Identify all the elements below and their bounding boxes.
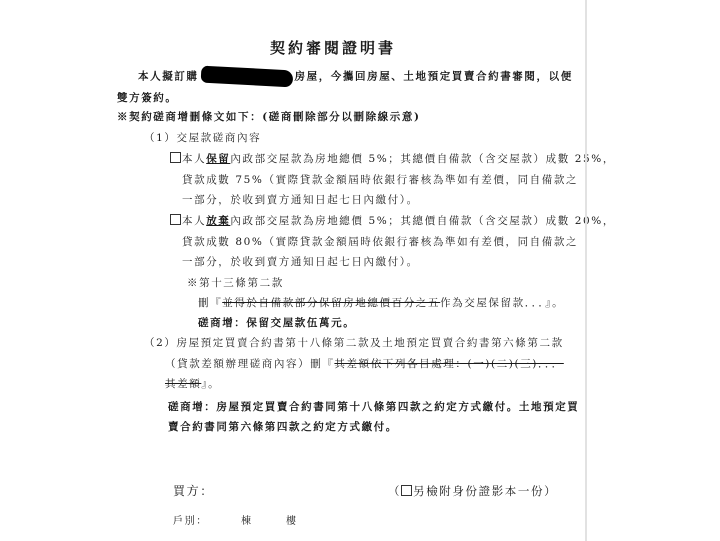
negotiated-addition-2-line-1: 磋商增：房屋預定買賣合約書同第十八條第四款之約定方式繳付。土地預定買: [168, 400, 579, 414]
section-2-line-2: （貸款差額辦理磋商內容）刪『其差額依下列各目處理：(一)(二)(三)．．．: [165, 357, 564, 371]
intro-line-1: 本人擬訂購房屋，今攜回房屋、土地預定買賣合約書審閱，以便: [138, 68, 573, 85]
document-page: 契約審閱證明書 本人擬訂購房屋，今攜回房屋、土地預定買賣合約書審閱，以便 雙方簽…: [0, 0, 585, 541]
option-a-prefix: 本人: [182, 153, 206, 165]
intro-line-2: 雙方簽約。: [117, 91, 178, 105]
unit-label: 戶別：: [173, 515, 208, 529]
option-a-checkbox[interactable]: [170, 152, 181, 163]
id-note-open: （: [388, 484, 401, 498]
option-a-line-3: 一部分，於收到賣方通知日起七日內繳付）。: [182, 193, 419, 207]
section-2-prefix: （貸款差額辦理磋商內容）刪『: [165, 358, 334, 370]
option-b-line-3: 一部分，於收到賣方通知日起七日內繳付）。: [182, 255, 419, 269]
option-b-line-1: 本人放棄內政部交屋款為房地總價 5%；其總價自備款（含交屋款）成數 20%，: [170, 214, 615, 228]
building-label: 棟: [241, 515, 253, 529]
option-b-keyword: 放棄: [206, 215, 230, 227]
negotiation-notice: ※契約磋商增刪條文如下：(磋商刪除部分以刪除線示意): [117, 110, 421, 124]
id-copy-note: （另檢附身份證影本一份）: [388, 484, 557, 498]
option-b-line-2: 貸款成數 80%（實際貸款金額屆時依銀行審核為準如有差價，同自備款之: [182, 235, 578, 249]
option-b-checkbox[interactable]: [170, 214, 181, 225]
section-2-heading: （2）房屋預定買賣合約書第十八條第二款及土地預定買賣合約書第六條第二款: [144, 336, 564, 350]
clause-reference: ※第十三條第二款: [187, 276, 284, 290]
struck-text-3: 其差額: [165, 378, 201, 390]
clause-deletion: 刪『並得於自備款部分保留房地總價百分之五作為交屋保留款．．．』。: [198, 296, 564, 310]
option-a-keyword: 保留: [206, 153, 230, 165]
document-title: 契約審閱證明書: [0, 37, 666, 58]
delete-prefix: 刪『: [198, 297, 222, 309]
option-a-line-1: 本人保留內政部交屋款為房地總價 5%；其總價自備款（含交屋款）成數 25%，: [170, 152, 615, 166]
id-copy-checkbox[interactable]: [401, 485, 412, 496]
negotiated-addition-1: 磋商增：保留交屋款伍萬元。: [198, 316, 355, 330]
id-note-text: 另檢附身份證影本一份）: [413, 484, 557, 498]
option-a-text: 內政部交屋款為房地總價 5%；其總價自備款（含交屋款）成數 25%，: [230, 153, 615, 165]
section-2-line-3: 其差額』。: [165, 377, 220, 391]
page-edge-divider: [585, 0, 587, 541]
section-1-heading: （1）交屋款磋商內容: [144, 131, 261, 145]
option-b-text: 內政部交屋款為房地總價 5%；其總價自備款（含交屋款）成數 20%，: [230, 215, 615, 227]
negotiated-addition-2-line-2: 賣合約書同第六條第四款之約定方式繳付。: [168, 420, 398, 434]
struck-text-2: 其差額依下列各目處理：(一)(二)(三)．．．: [334, 358, 563, 370]
option-a-line-2: 貸款成數 75%（實際貸款金額屆時依銀行審核為準如有差價，同自備款之: [182, 173, 578, 187]
delete-rest: 作為交屋保留款．．．』。: [440, 297, 564, 309]
option-b-prefix: 本人: [182, 215, 206, 227]
floor-label: 樓: [286, 515, 298, 529]
redacted-address: [200, 66, 293, 88]
section-2-close: 』。: [201, 378, 220, 390]
intro-suffix: 房屋，今攜回房屋、土地預定買賣合約書審閱，以便: [295, 71, 573, 83]
struck-text: 並得於自備款部分保留房地總價百分之五: [222, 297, 440, 309]
buyer-label: 買方：: [173, 484, 214, 498]
intro-prefix: 本人擬訂購: [138, 71, 199, 83]
